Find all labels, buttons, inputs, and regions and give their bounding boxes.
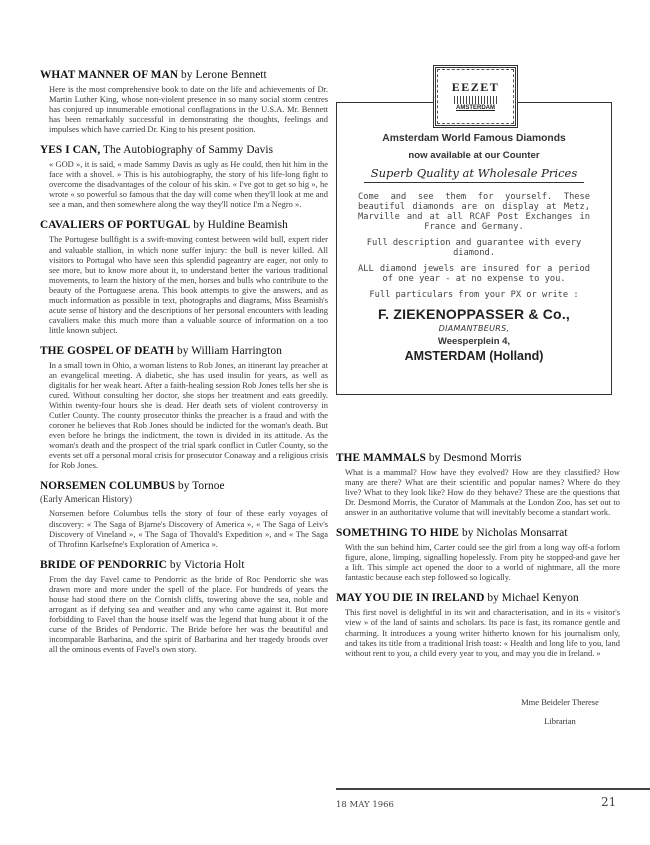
review-bride-of-pendorric: BRIDE OF PENDORRIC by Victoria Holt From… (40, 559, 328, 654)
review-text: Here is the most comprehensive book to d… (49, 84, 328, 134)
review-may-you-die-in-ireland: MAY YOU DIE IN IRELAND by Michael Kenyon… (336, 592, 620, 657)
ad-company-name: F. ZIEKENOPPASSER & Co., (336, 306, 612, 322)
review-heading: THE GOSPEL OF DEATH by William Harringto… (40, 345, 328, 357)
review-norsemen-columbus: NORSEMEN COLUMBUS by Tornoe (Early Ameri… (40, 480, 328, 548)
page-number: 21 (601, 795, 616, 809)
review-something-to-hide: SOMETHING TO HIDE by Nicholas Monsarrat … (336, 527, 620, 582)
ad-body-paragraph: Full description and guarantee with ever… (358, 238, 590, 258)
review-cavaliers-of-portugal: CAVALIERS OF PORTUGAL by Huldine Beamish… (40, 219, 328, 334)
review-text: In a small town in Ohio, a woman listens… (49, 360, 328, 471)
signature-role: Librarian (500, 716, 620, 726)
book-author: by Tornoe (175, 480, 225, 492)
right-column: THE MAMMALS by Desmond Morris What is a … (336, 452, 620, 668)
review-heading: MAY YOU DIE IN IRELAND by Michael Kenyon (336, 592, 620, 604)
ad-body: Come and see them for yourself. These be… (358, 192, 590, 300)
review-what-manner-of-man: WHAT MANNER OF MAN by Lerone Bennett Her… (40, 69, 328, 134)
sunburst-icon (454, 96, 498, 104)
book-title: THE MAMMALS (336, 452, 426, 464)
logo-city: AMSTERDAM (436, 105, 515, 111)
review-heading: SOMETHING TO HIDE by Nicholas Monsarrat (336, 527, 620, 539)
ad-headline: Amsterdam World Famous Diamonds (336, 133, 612, 144)
ad-body-paragraph: Full particulars from your PX or write : (358, 290, 590, 300)
left-column: WHAT MANNER OF MAN by Lerone Bennett Her… (40, 69, 328, 664)
review-yes-i-can: YES I CAN, The Autobiography of Sammy Da… (40, 144, 328, 209)
book-author: by Victoria Holt (167, 559, 245, 571)
book-title: THE GOSPEL OF DEATH (40, 345, 174, 357)
review-heading: NORSEMEN COLUMBUS by Tornoe (40, 480, 328, 492)
book-title: WHAT MANNER OF MAN (40, 69, 178, 81)
review-text: The Portugese bullfight is a swift-movin… (49, 234, 328, 334)
advertisement-content: Amsterdam World Famous Diamonds now avai… (336, 128, 612, 363)
book-title: CAVALIERS OF PORTUGAL (40, 219, 190, 231)
review-heading: YES I CAN, The Autobiography of Sammy Da… (40, 144, 328, 156)
signature: Mme Beideler Therese Librarian (500, 697, 620, 735)
book-subtitle: (Early American History) (40, 494, 328, 504)
book-title: BRIDE OF PENDORRIC (40, 559, 167, 571)
ad-trade: DIAMANTBEURS, (336, 324, 612, 333)
book-author: by Lerone Bennett (178, 69, 267, 81)
review-heading: THE MAMMALS by Desmond Morris (336, 452, 620, 464)
logo-brand: EEZET (436, 80, 515, 95)
footer-divider (336, 788, 650, 790)
ad-body-paragraph: Come and see them for yourself. These be… (358, 192, 590, 232)
review-text: From the day Favel came to Pendorric as … (49, 574, 328, 654)
ad-subheadline: now available at our Counter (336, 150, 612, 161)
review-the-mammals: THE MAMMALS by Desmond Morris What is a … (336, 452, 620, 517)
review-text: Norsemen before Columbus tells the story… (49, 508, 328, 548)
book-author: by Michael Kenyon (484, 592, 578, 604)
ad-street: Weesperplein 4, (336, 336, 612, 347)
review-gospel-of-death: THE GOSPEL OF DEATH by William Harringto… (40, 345, 328, 471)
review-heading: BRIDE OF PENDORRIC by Victoria Holt (40, 559, 328, 571)
review-heading: WHAT MANNER OF MAN by Lerone Bennett (40, 69, 328, 81)
review-text: With the sun behind him, Carter could se… (345, 542, 620, 582)
book-author: The Autobiography of Sammy Davis (100, 144, 273, 156)
book-author: by William Harrington (174, 345, 282, 357)
eezet-logo: EEZET AMSTERDAM (433, 65, 518, 128)
book-author: by Nicholas Monsarrat (459, 527, 568, 539)
book-title: YES I CAN, (40, 144, 100, 156)
review-text: What is a mammal? How have they evolved?… (345, 467, 620, 517)
book-title: NORSEMEN COLUMBUS (40, 480, 175, 492)
footer-date: 18 MAY 1966 (336, 800, 394, 810)
book-title: SOMETHING TO HIDE (336, 527, 459, 539)
book-author: by Huldine Beamish (190, 219, 288, 231)
book-title: MAY YOU DIE IN IRELAND (336, 592, 484, 604)
review-text: « GOD », it is said, « made Sammy Davis … (49, 159, 328, 209)
ad-city: AMSTERDAM (Holland) (336, 349, 612, 363)
book-author: by Desmond Morris (426, 452, 522, 464)
review-heading: CAVALIERS OF PORTUGAL by Huldine Beamish (40, 219, 328, 231)
ad-body-paragraph: ALL diamond jewels are insured for a per… (358, 264, 590, 284)
ad-slogan: Superb Quality at Wholesale Prices (364, 166, 584, 183)
signature-name: Mme Beideler Therese (500, 697, 620, 707)
review-text: This first novel is delightful in its wi… (345, 607, 620, 657)
